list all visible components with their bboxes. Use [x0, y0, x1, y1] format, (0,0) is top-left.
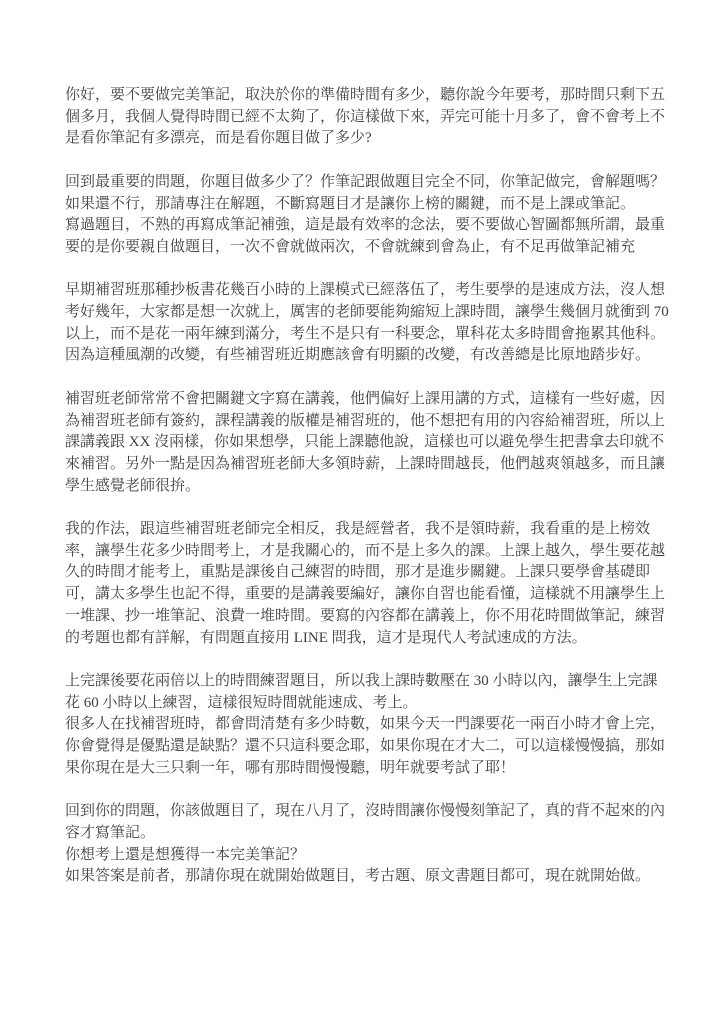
- text-line: 你好，要不要做完美筆記，取決於你的準備時間有多少，聽你說今年要考，那時間只剩下五: [65, 85, 671, 107]
- text-line: 寫過題目，不熟的再寫成筆記補強，這是最有效率的念法，要不要做心智圖都無所謂，最重: [65, 215, 671, 237]
- text-line: 很多人在找補習班時，都會問清楚有多少時數，如果今天一門課要花一兩百小時才會上完，: [65, 714, 671, 736]
- text-line: 補習班老師常常不會把關鍵文字寫在講義，他們偏好上課用講的方式，這樣有一些好處，因: [65, 389, 671, 411]
- text-line: 我的作法，跟這些補習班老師完全相反，我是經營者，我不是領時薪，我看重的是上榜效: [65, 519, 671, 541]
- text-line: 容才寫筆記。: [65, 823, 671, 845]
- text-line: 可，講太多學生也記不得，重要的是講義要編好，讓你自習也能看懂，這樣就不用讓學生上: [65, 584, 671, 606]
- text-line: 個多月，我個人覺得時間已經不太夠了，你這樣做下來，弄完可能十月多了，會不會考上不: [65, 107, 671, 129]
- paragraph: 回到你的問題，你該做題目了，現在八月了，沒時間讓你慢慢刻筆記了，真的背不起來的內…: [65, 801, 671, 888]
- text-line: 早期補習班那種抄板書花幾百小時的上課模式已經落伍了，考生要學的是速成方法，沒人想: [65, 280, 671, 302]
- paragraph: 上完課後要花兩倍以上的時間練習題目，所以我上課時數壓在 30 小時以內，讓學生上…: [65, 671, 671, 780]
- text-line: 率，讓學生花多少時間考上，才是我關心的，而不是上多久的課。上課上越久，學生要花越: [65, 541, 671, 563]
- text-line: 考好幾年，大家都是想一次就上，厲害的老師要能夠縮短上課時間，讓學生幾個月就衝到 …: [65, 302, 671, 324]
- text-line: 課講義跟 XX 沒兩樣，你如果想學，只能上課聽他說，這樣也可以避免學生把書拿去印…: [65, 432, 671, 454]
- text-line: 上完課後要花兩倍以上的時間練習題目，所以我上課時數壓在 30 小時以內，讓學生上…: [65, 671, 671, 693]
- text-line: 是看你筆記有多漂亮，而是看你題目做了多少?: [65, 128, 671, 150]
- text-line: 如果還不行，那請專注在解題，不斷寫題目才是讓你上榜的關鍵，而不是上課或筆記。: [65, 194, 671, 216]
- text-line: 因為這種風潮的改變，有些補習班近期應該會有明顯的改變，有改善總是比原地踏步好。: [65, 345, 671, 367]
- paragraph: 回到最重要的問題，你題目做多少了？作筆記跟做題目完全不同，你筆記做完，會解題嗎？…: [65, 172, 671, 259]
- paragraph: 你好，要不要做完美筆記，取決於你的準備時間有多少，聽你說今年要考，那時間只剩下五…: [65, 85, 671, 150]
- text-line: 的考題也都有詳解，有問題直接用 LINE 問我，這才是現代人考試速成的方法。: [65, 628, 671, 650]
- text-line: 回到你的問題，你該做題目了，現在八月了，沒時間讓你慢慢刻筆記了，真的背不起來的內: [65, 801, 671, 823]
- paragraph: 我的作法，跟這些補習班老師完全相反，我是經營者，我不是領時薪，我看重的是上榜效率…: [65, 519, 671, 649]
- paragraph: 早期補習班那種抄板書花幾百小時的上課模式已經落伍了，考生要學的是速成方法，沒人想…: [65, 280, 671, 367]
- text-line: 久的時間才能考上，重點是課後自己練習的時間，那才是進步關鍵。上課只要學會基礎即: [65, 562, 671, 584]
- text-line: 以上，而不是花一兩年練到滿分，考生不是只有一科要念，單科花太多時間會拖累其他科。: [65, 324, 671, 346]
- text-line: 來補習。另外一點是因為補習班老師大多領時薪，上課時間越長，他們越爽領越多，而且讓: [65, 454, 671, 476]
- text-line: 如果答案是前者，那請你現在就開始做題目，考古題、原文書題目都可，現在就開始做。: [65, 866, 671, 888]
- text-line: 為補習班老師有簽約，課程講義的版權是補習班的，他不想把有用的內容給補習班，所以上: [65, 411, 671, 433]
- text-line: 你想考上還是想獲得一本完美筆記？: [65, 845, 671, 867]
- text-line: 回到最重要的問題，你題目做多少了？作筆記跟做題目完全不同，你筆記做完，會解題嗎？: [65, 172, 671, 194]
- document-page: 你好，要不要做完美筆記，取決於你的準備時間有多少，聽你說今年要考，那時間只剩下五…: [0, 0, 724, 1024]
- paragraph: 補習班老師常常不會把關鍵文字寫在講義，他們偏好上課用講的方式，這樣有一些好處，因…: [65, 389, 671, 498]
- text-line: 你會覺得是優點還是缺點？還不只這科要念耶，如果你現在才大二，可以這樣慢慢搞，那如: [65, 736, 671, 758]
- text-line: 要的是你要親自做題目，一次不會就做兩次，不會就練到會為止，有不足再做筆記補充: [65, 237, 671, 259]
- text-line: 學生感覺老師很拚。: [65, 476, 671, 498]
- text-line: 一堆課、抄一堆筆記、浪費一堆時間。要寫的內容都在講義上，你不用花時間做筆記，練習: [65, 606, 671, 628]
- text-line: 花 60 小時以上練習，這樣很短時間就能速成、考上。: [65, 693, 671, 715]
- text-line: 果你現在是大三只剩一年，哪有那時間慢慢聽，明年就要考試了耶！: [65, 758, 671, 780]
- document-content: 你好，要不要做完美筆記，取決於你的準備時間有多少，聽你說今年要考，那時間只剩下五…: [65, 85, 671, 910]
